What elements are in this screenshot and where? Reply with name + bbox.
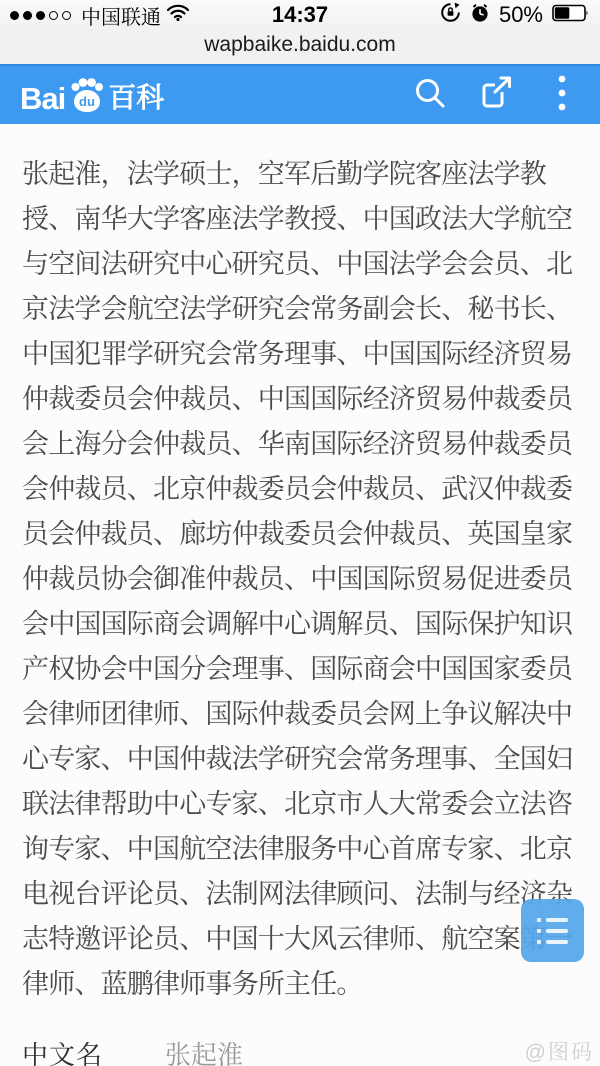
paragraph-line: 会中国国际商会调解中心调解员、国际保护知识: [22, 602, 578, 647]
alarm-clock-icon: [470, 3, 490, 28]
paragraph-line: 张起淮，法学硕士，空军后勤学院客座法学教: [22, 152, 578, 197]
logo-bai-text: Bai: [20, 83, 65, 114]
paragraph-line: 中国犯罪学研究会常务理事、中国国际经济贸易: [22, 332, 578, 377]
baidu-baike-logo[interactable]: Bai du 百科: [20, 76, 164, 114]
paragraph-line: 京法学会航空法学研究会常务副会长、秘书长、: [22, 287, 578, 332]
paragraph-line: 会律师团律师、国际仲裁委员会网上争议解决中: [22, 692, 578, 737]
battery-percentage: 50%: [499, 2, 543, 28]
paragraph-line: 与空间法研究中心研究员、中国法学会会员、北: [22, 242, 578, 287]
logo-baike-text: 百科: [108, 83, 164, 114]
paragraph-line: 询专家、中国航空法律服务中心首席专家、北京: [22, 827, 578, 872]
kebab-menu-icon: [557, 74, 567, 117]
signal-strength-icon: [10, 11, 71, 20]
paragraph-line: 产权协会中国分会理事、国际商会中国国家委员: [22, 647, 578, 692]
carrier-name: 中国联通: [81, 1, 161, 30]
baike-header: Bai du 百科: [0, 64, 600, 124]
paragraph-line: 志特邀评论员、中国十大风云律师、航空案第一: [22, 917, 578, 962]
watermark: @图码: [525, 1036, 594, 1066]
svg-text:du: du: [79, 94, 95, 109]
wifi-icon: [167, 4, 189, 26]
phone-screen: 14:37 中国联通: [0, 0, 600, 1066]
search-button[interactable]: [412, 77, 448, 113]
paragraph-line: 授、南华大学客座法学教授、中国政法大学航空: [22, 197, 578, 242]
paragraph-line: 联法律帮助中心专家、北京市人大常委会立法咨: [22, 782, 578, 827]
paragraph-line: 电视台评论员、法制网法律顾问、法制与经济杂: [22, 872, 578, 917]
infobox-row: 中文名 张起淮: [22, 1035, 578, 1066]
orientation-lock-icon: [440, 2, 461, 28]
paragraph-line: 仲裁员协会御准仲裁员、中国国际贸易促进委员: [22, 557, 578, 602]
paragraph-line: 员会仲裁员、廊坊仲裁委员会仲裁员、英国皇家: [22, 512, 578, 557]
search-icon: [413, 76, 447, 115]
status-bar: 14:37 中国联通: [0, 0, 600, 30]
share-icon: [478, 75, 514, 116]
page-url: wapbaike.baidu.com: [204, 33, 395, 56]
paragraph-line: 会仲裁员、北京仲裁委员会仲裁员、武汉仲裁委: [22, 467, 578, 512]
share-button[interactable]: [478, 77, 514, 113]
toc-button[interactable]: [521, 899, 584, 962]
baidu-paw-icon: du: [68, 76, 106, 116]
infobox-label: 中文名: [22, 1035, 103, 1066]
battery-icon: [552, 4, 590, 27]
toc-list-icon: [537, 918, 568, 944]
url-bar[interactable]: wapbaike.baidu.com: [0, 30, 600, 64]
paragraph-line: 心专家、中国仲裁法学研究会常务理事、全国妇: [22, 737, 578, 782]
paragraph-line: 仲裁委员会仲裁员、中国国际经济贸易仲裁委员: [22, 377, 578, 422]
article-paragraph: 张起淮，法学硕士，空军后勤学院客座法学教授、南华大学客座法学教授、中国政法大学航…: [0, 152, 600, 1007]
paragraph-line: 会上海分会仲裁员、华南国际经济贸易仲裁委员: [22, 422, 578, 467]
menu-button[interactable]: [544, 77, 580, 113]
paragraph-line: 律师、蓝鹏律师事务所主任。: [22, 962, 578, 1007]
infobox-value: 张起淮: [165, 1035, 243, 1066]
